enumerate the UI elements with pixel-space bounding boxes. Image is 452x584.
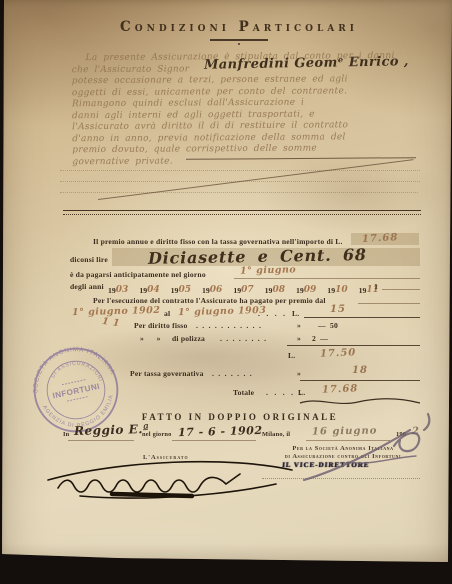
guilder-sign: » (297, 369, 301, 378)
lira-sign: L. (292, 309, 299, 318)
diritto-fisso-value: — 50 (318, 321, 338, 330)
guilder-sign: » (297, 334, 301, 343)
leader-dots: . . . . . . . . . . . (196, 321, 261, 330)
clause-line: governative private. (72, 154, 424, 168)
date-fill-line (172, 440, 256, 441)
anni-tail: 1 (374, 282, 378, 291)
date-handwriting: 17 - 6 - 1902 (178, 424, 263, 439)
blank-ruled-line (60, 170, 420, 171)
totale-flourish (296, 396, 424, 408)
giorno-value-handwriting: 1° giugno (240, 264, 296, 276)
leader-dots: . . . . . . . (212, 369, 252, 378)
esecuzione-fill-line (358, 303, 420, 304)
periodo-al-handwriting: 1° giugno 1903 (178, 305, 267, 318)
periodo-dal-handwriting: 1° giugno 1902 (72, 305, 161, 318)
subtotal-value-handwriting: 17.50 (320, 347, 357, 359)
assicurato-signature (40, 450, 300, 502)
milano-label: Milano, il (262, 431, 290, 439)
place-handwriting: Reggio E.ª (74, 422, 150, 438)
anni-fill-line (382, 289, 420, 290)
page-title: Condizioni Particolari (30, 19, 448, 35)
totale-rule (300, 380, 420, 381)
premio-value-line (304, 317, 420, 318)
diconsi-label: diconsi lire (70, 255, 108, 264)
polizza-value: 2 — (312, 334, 328, 343)
nel-giorno-label: nel giorno (142, 431, 172, 439)
blank-ruled-line (60, 192, 418, 193)
year-entry: 1910 (327, 280, 347, 298)
polizza-ditto-signs: » » (140, 334, 161, 343)
pagarsi-label: è da pagarsi anticipatamente nel giorno (70, 270, 206, 279)
guilder-sign: » (297, 321, 301, 330)
title-underline (210, 39, 268, 41)
giorno-fill-line (234, 278, 420, 279)
tassa-label: Per tassa governativa (130, 369, 204, 378)
totale-label: Totale (233, 388, 254, 397)
premio-value-handwriting: 15 (330, 304, 346, 315)
stamp-center-text: INFORTUNI (52, 382, 101, 401)
premio-importo-label: Il premio annuo e diritto fisso con la t… (93, 237, 343, 246)
vice-direttore-signature (298, 420, 438, 485)
in-label: In (63, 431, 69, 439)
stray-marks-handwriting: 1 1 (101, 316, 120, 329)
totale-value-handwriting: 17.68 (322, 383, 359, 395)
diritto-fisso-label: Per diritto fisso (134, 321, 187, 330)
importo-value-handwriting: 17.68 (362, 232, 399, 245)
subtotal-rule (287, 345, 420, 346)
title-block: Condizioni Particolari (30, 19, 448, 45)
anni-label: degli anni (70, 282, 104, 291)
place-fill-line (68, 440, 134, 441)
leader-dots: . . . . . . . . (220, 334, 266, 343)
polizza-label: di polizza (172, 334, 205, 343)
title-underline-dot (238, 43, 240, 45)
section-divider-rule (63, 210, 421, 211)
tassa-value-handwriting: 18 (352, 365, 368, 376)
document-paper: Condizioni Particolari La presente Assic… (0, 0, 452, 584)
leader-dots: . . . . (258, 309, 285, 318)
section-divider-dotted (63, 214, 421, 215)
al-label: al (164, 309, 170, 318)
photo-background: Condizioni Particolari La presente Assic… (0, 0, 452, 584)
esecuzione-label: Per l'esecuzione del contratto l'Assicur… (93, 296, 326, 305)
lira-sign: L. (288, 351, 295, 360)
